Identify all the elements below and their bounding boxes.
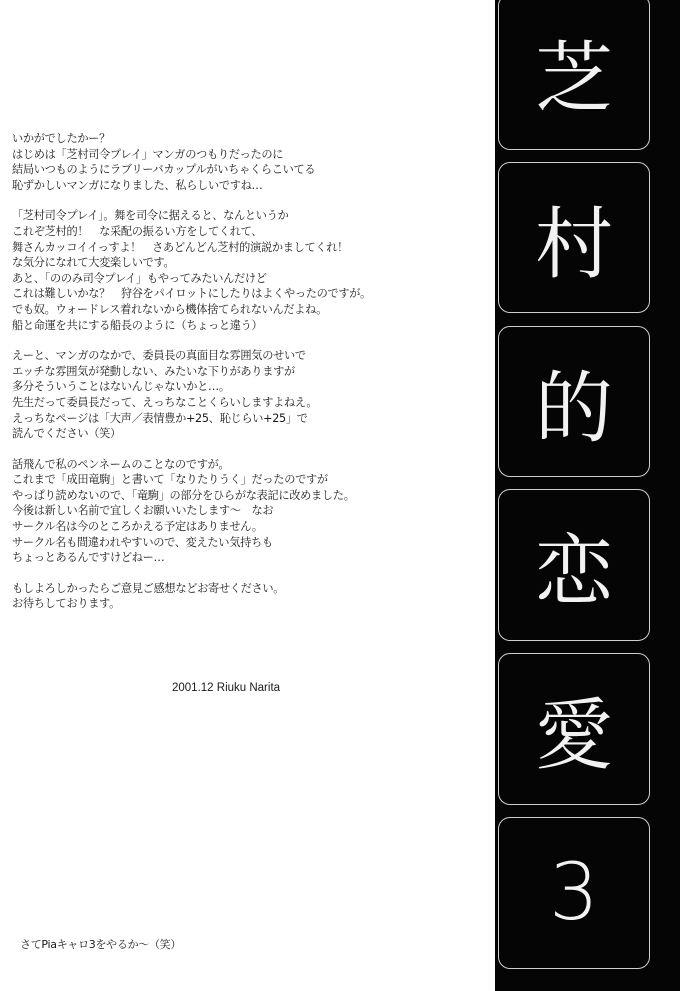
paragraph-5: もしよろしかったらご意見ご感想などお寄せください。 お待ちしております。 (12, 581, 482, 612)
title-panel: 芝 村 的 恋 愛 3 (495, 0, 680, 991)
title-char-box: 芝 (498, 0, 650, 150)
text-line: あと、「ののみ司令プレイ」もやってみたいんだけど (12, 271, 482, 287)
text-line: エッチな雰囲気が発動しない、みたいな下りがありますが (12, 364, 482, 380)
afterword-text: いかがでしたかー？ はじめは「芝村司令プレイ」マンガのつもりだったのに 結局いつ… (12, 131, 482, 627)
text-line: 話飛んで私のペンネームのことなのですが。 (12, 457, 482, 473)
text-line: 結局いつものようにラブリーバカップルがいちゃくらこいてる (12, 162, 482, 178)
text-line: 先生だって委員長だって、えっちなことくらいしますよねえ。 (12, 395, 482, 411)
text-line: 船と命運を共にする船長のように（ちょっと違う） (12, 318, 482, 334)
footer-note: さてPiaキャロ3をやるか～（笑） (20, 936, 181, 952)
text-line: サークル名も間違われやすいので、変えたい気持ちも (12, 535, 482, 551)
title-char-box: 恋 (498, 489, 650, 641)
paragraph-4: 話飛んで私のペンネームのことなのですが。 これまで「成田竜駒」と書いて「なりたり… (12, 457, 482, 566)
text-line: ちょっとあるんですけどねー… (12, 550, 482, 566)
text-line: これぞ芝村的！ な采配の振るい方をしてくれて、 (12, 224, 482, 240)
text-line: 「芝村司令プレイ」。舞を司令に据えると、なんというか (12, 208, 482, 224)
text-line: 舞さんカッコイイっすよ！ さあどんどん芝村的演説かましてくれ！ (12, 240, 482, 256)
text-line: 多分そういうことはないんじゃないかと…。 (12, 379, 482, 395)
signature: 2001.12 Riuku Narita (172, 682, 280, 694)
text-line: な気分になれて大変楽しいです。 (12, 255, 482, 271)
text-line: 今後は新しい名前で宜しくお願いいたします～ なお (12, 503, 482, 519)
title-char-box: 愛 (498, 653, 650, 805)
text-line: えっちなページは「大声／表情豊か+25、恥じらい+25」で (12, 411, 482, 427)
text-line: えーと、マンガのなかで、委員長の真面目な雰囲気のせいで (12, 348, 482, 364)
paragraph-2: 「芝村司令プレイ」。舞を司令に据えると、なんというか これぞ芝村的！ な采配の振… (12, 208, 482, 333)
text-line: お待ちしております。 (12, 596, 482, 612)
text-line: 恥ずかしいマンガになりました、私らしいですね… (12, 178, 482, 194)
text-line: 読んでください（笑） (12, 426, 482, 442)
text-line: もしよろしかったらご意見ご感想などお寄せください。 (12, 581, 482, 597)
text-line: これまで「成田竜駒」と書いて「なりたりうく」だったのですが (12, 472, 482, 488)
paragraph-3: えーと、マンガのなかで、委員長の真面目な雰囲気のせいで エッチな雰囲気が発動しな… (12, 348, 482, 442)
text-line: でも奴。ウォードレス着れないから機体捨てられないんだよね。 (12, 302, 482, 318)
text-line: これは難しいかな？ 狩谷をパイロットにしたりはよくやったのですが。 (12, 286, 482, 302)
text-line: やっぱり読めないので、「竜駒」の部分をひらがな表記に改めました。 (12, 488, 482, 504)
text-line: はじめは「芝村司令プレイ」マンガのつもりだったのに (12, 147, 482, 163)
paragraph-1: いかがでしたかー？ はじめは「芝村司令プレイ」マンガのつもりだったのに 結局いつ… (12, 131, 482, 193)
title-char-box: 的 (498, 326, 650, 477)
title-char-box: 3 (498, 817, 650, 969)
text-line: サークル名は今のところかえる予定はありません。 (12, 519, 482, 535)
title-char-box: 村 (498, 162, 650, 313)
text-line: いかがでしたかー？ (12, 131, 482, 147)
